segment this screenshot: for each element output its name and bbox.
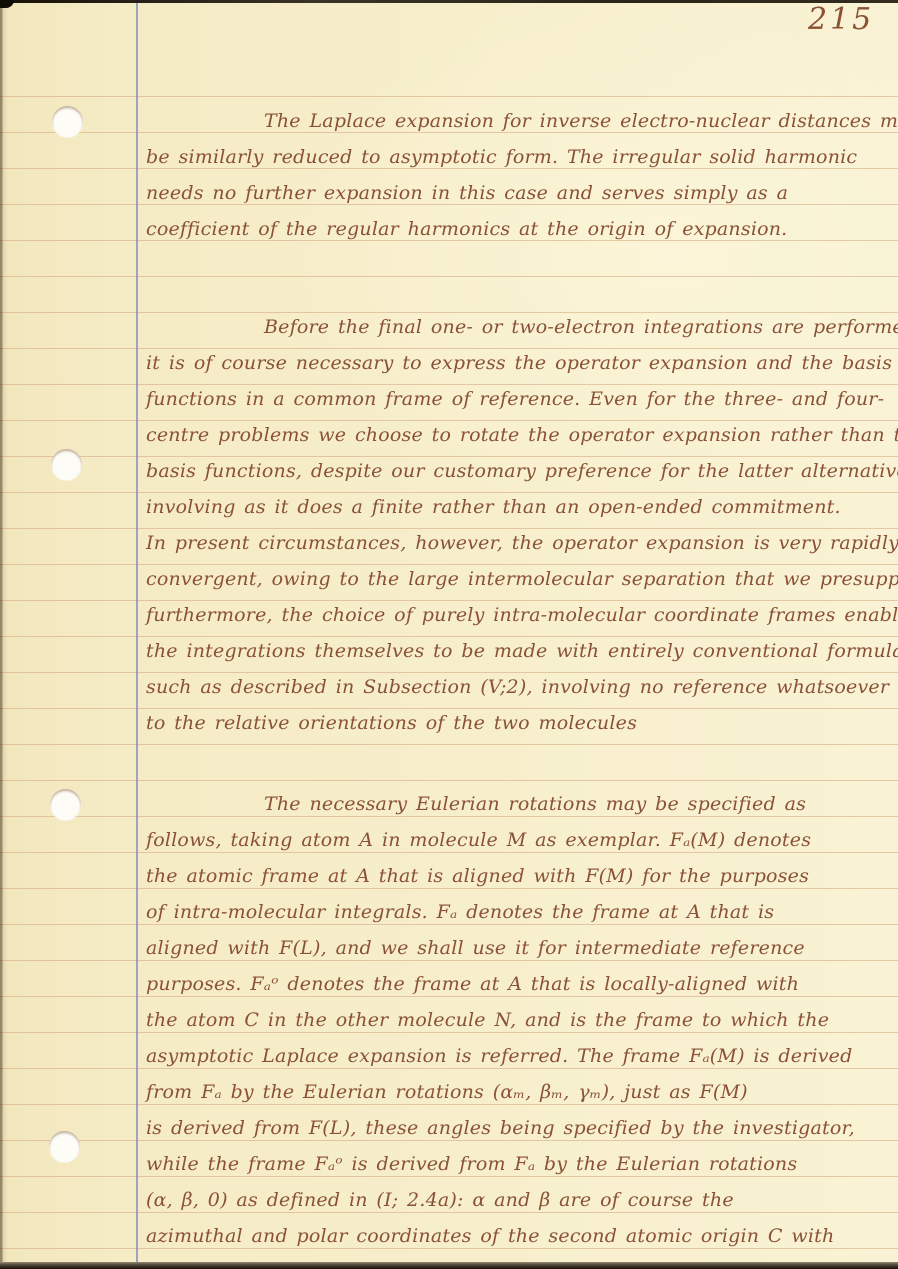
handwritten-line: azimuthal and polar coordinates of the s… <box>146 1211 882 1247</box>
handwritten-line: needs no further expansion in this case … <box>146 168 882 204</box>
margin-line <box>136 0 138 1262</box>
page-number: 215 <box>808 2 874 37</box>
handwritten-line: the integrations themselves to be made w… <box>146 626 882 662</box>
handwritten-line: is derived from F(L), these angles being… <box>146 1103 882 1139</box>
handwritten-line: The Laplace expansion for inverse electr… <box>146 96 882 132</box>
scan-edge-left <box>0 0 8 1269</box>
handwritten-line: (α, β, 0) as defined in (I; 2.4a): α and… <box>146 1175 882 1211</box>
handwritten-line: aligned with F(L), and we shall use it f… <box>146 923 882 959</box>
notebook-page: 215 The Laplace expansion for inverse el… <box>0 0 898 1269</box>
handwritten-line: convergent, owing to the large intermole… <box>146 554 882 590</box>
handwritten-line: follows, taking atom A in molecule M as … <box>146 815 882 851</box>
handwritten-line: while the frame Fₐᵒ is derived from Fₐ b… <box>146 1139 882 1175</box>
handwritten-line: to the relative orientations of the two … <box>146 698 882 734</box>
punch-hole <box>52 106 83 137</box>
handwritten-line: purposes. Fₐᵒ denotes the frame at A tha… <box>146 959 882 995</box>
scan-edge-top <box>0 0 898 3</box>
scan-edge-bottom <box>0 1262 898 1269</box>
handwritten-line: functions in a common frame of reference… <box>146 374 882 410</box>
handwritten-line: In present circumstances, however, the o… <box>146 518 882 554</box>
handwritten-line: involving as it does a finite rather tha… <box>146 482 882 518</box>
handwritten-line: Before the final one- or two-electron in… <box>146 302 882 338</box>
handwritten-line: it is of course necessary to express the… <box>146 338 882 374</box>
punch-hole <box>50 789 81 820</box>
paragraph-1: The Laplace expansion for inverse electr… <box>146 96 882 240</box>
handwritten-line: centre problems we choose to rotate the … <box>146 410 882 446</box>
punch-hole <box>51 449 82 480</box>
handwritten-line: asymptotic Laplace expansion is referred… <box>146 1031 882 1067</box>
handwritten-line: the atom C in the other molecule N, and … <box>146 995 882 1031</box>
scan-edge-corner <box>0 0 14 8</box>
handwritten-line: basis functions, despite our customary p… <box>146 446 882 482</box>
handwritten-line: be similarly reduced to asymptotic form.… <box>146 132 882 168</box>
handwritten-line: such as described in Subsection (V;2), i… <box>146 662 882 698</box>
handwritten-line: The necessary Eulerian rotations may be … <box>146 779 882 815</box>
handwritten-line: of intra-molecular integrals. Fₐ denotes… <box>146 887 882 923</box>
paragraph-2: Before the final one- or two-electron in… <box>146 302 882 734</box>
handwritten-line: furthermore, the choice of purely intra-… <box>146 590 882 626</box>
handwritten-line: coefficient of the regular harmonics at … <box>146 204 882 240</box>
handwritten-line: from Fₐ by the Eulerian rotations (αₘ, β… <box>146 1067 882 1103</box>
paragraph-3: The necessary Eulerian rotations may be … <box>146 779 882 1247</box>
handwritten-line: the atomic frame at A that is aligned wi… <box>146 851 882 887</box>
punch-hole <box>49 1131 80 1162</box>
